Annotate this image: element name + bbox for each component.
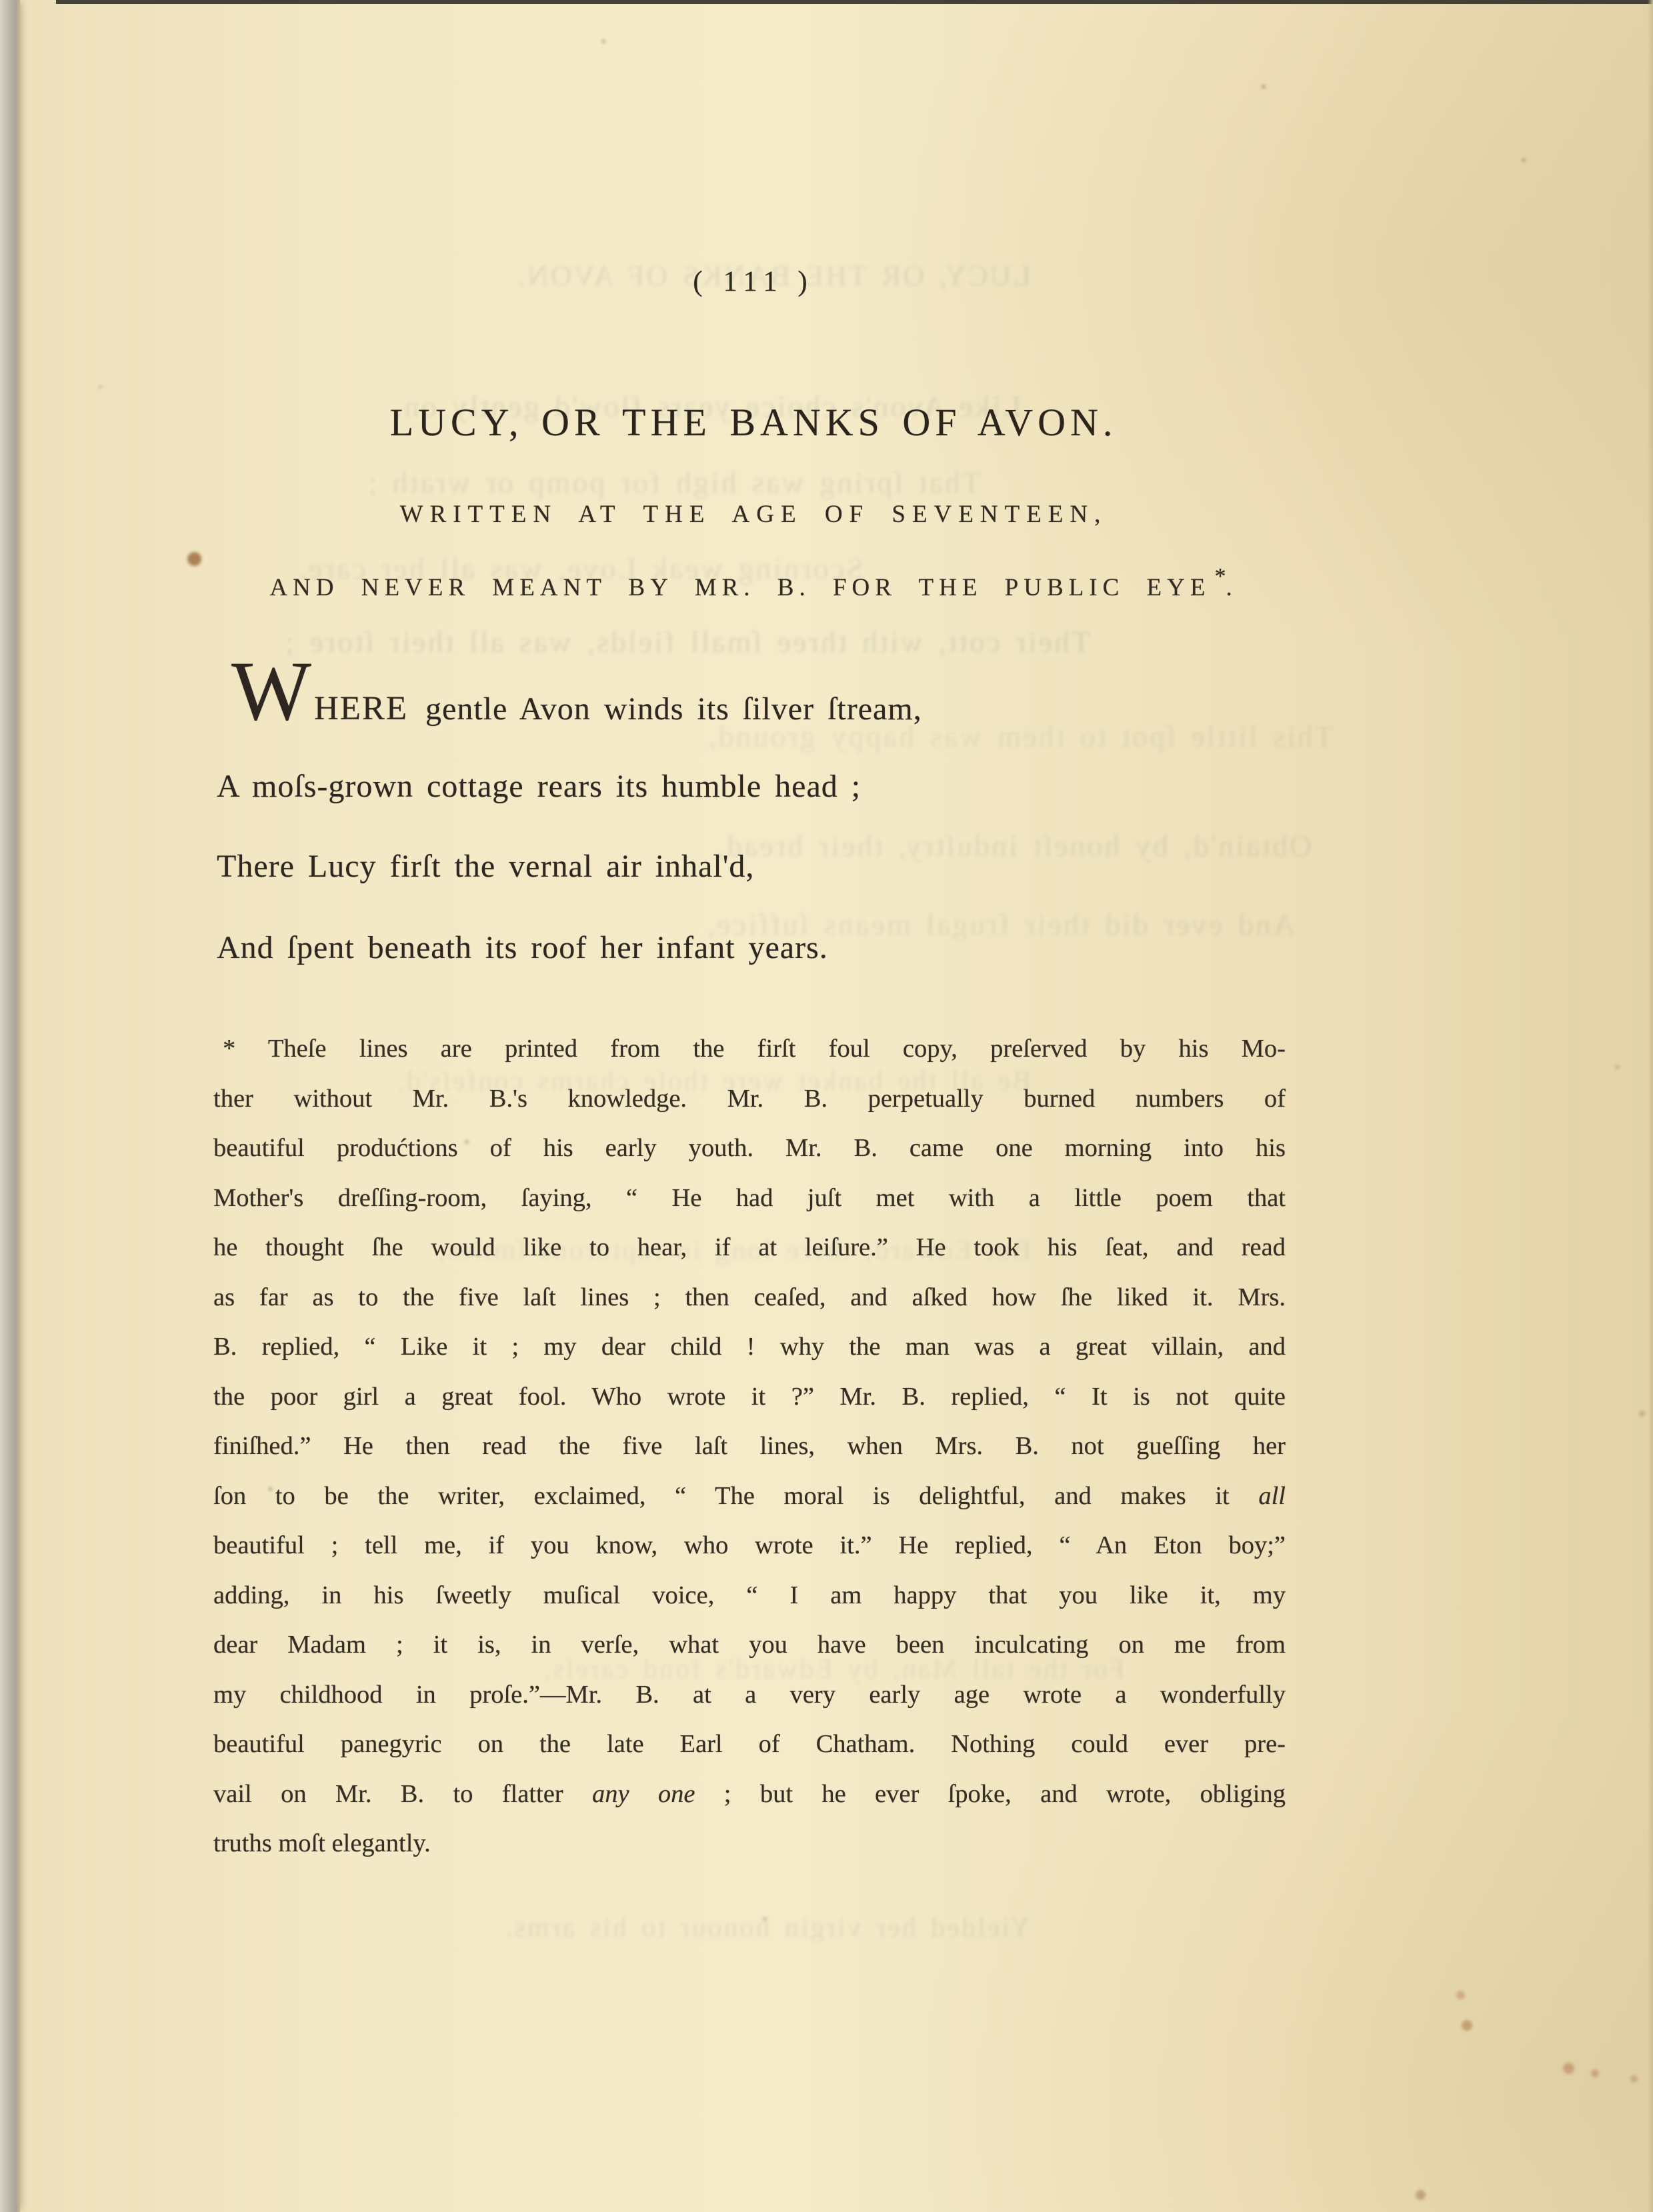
footnote-text: Mother's dreſſing-room, ſaying, “ He had… [213,1184,1286,1212]
footnote-line: * Theſe lines are printed from the firſt… [213,1024,1286,1074]
poem-line-text: gentle Avon winds its ſilver ſtream, [425,691,922,727]
footnote-line: truths moſt elegantly. [213,1819,1286,1869]
foxing-spot [99,385,102,389]
footnote-text: he thought ſhe would like to hear, if at… [213,1233,1286,1261]
footnote-text: ther without Mr. B.'s knowledge. Mr. B. … [213,1085,1286,1113]
footnote-text: my childhood in proſe.”—Mr. B. at a very… [213,1681,1286,1709]
footnote-line: ther without Mr. B.'s knowledge. Mr. B. … [213,1074,1286,1124]
footnote-line: Mother's dreſſing-room, ſaying, “ He had… [213,1173,1286,1223]
subtitle-line-1: WRITTEN AT THE AGE OF SEVENTEEN, [220,500,1287,529]
footnote-text: B. replied, “ Like it ; my dear child ! … [213,1333,1286,1361]
footnote-line: ſon to be the writer, exclaimed, “ The m… [213,1471,1286,1521]
foxing-spot [1591,2069,1599,2077]
poem-line: And ſpent beneath its roof her infant ye… [217,929,828,966]
footnote-text: as far as to the five laſt lines ; then … [213,1283,1286,1311]
footnote-line: B. replied, “ Like it ; my dear child ! … [213,1322,1286,1372]
footnote-line: he thought ſhe would like to hear, if at… [213,1223,1286,1273]
foxing-spot [1615,1065,1620,1069]
footnote-line: beautiful produćtions of his early youth… [213,1123,1286,1173]
foxing-spot [763,1917,766,1921]
footnote-text: the poor girl a great fool. Who wrote it… [213,1383,1286,1411]
footnote-text: finiſhed.” He then read the five laſt li… [213,1432,1286,1460]
footnote-line: beautiful panegyric on the late Earl of … [213,1719,1286,1769]
footnote-italic-text: all [1258,1482,1286,1510]
scan-edge-top [56,0,1653,4]
footnote-line: dear Madam ; it is, in verſe, what you h… [213,1620,1286,1670]
subtitle-period: . [1226,574,1237,601]
bleedthrough-text: Their cott, with three ſmall fields, was… [283,624,1090,659]
foxing-spot [1522,158,1526,162]
footnote-text: ; but he ever ſpoke, and wrote, obliging [695,1780,1286,1808]
footnote-line: adding, in his ſweetly muſical voice, “ … [213,1571,1286,1621]
footnote-text: vail on Mr. B. to flatter [213,1780,592,1808]
footnote-line: as far as to the five laſt lines ; then … [213,1273,1286,1323]
subtitle-line-2: AND NEVER MEANT BY MR. B. FOR THE PUBLIC… [187,564,1320,602]
poem-line: A moſs-grown cottage rears its humble he… [217,768,861,805]
footnote-text: * Theſe lines are printed from the firſt… [223,1035,1286,1063]
footnote-text: beautiful panegyric on the late Earl of … [213,1730,1286,1758]
footnote-italic-text: any one [592,1780,695,1808]
footnote-line: the poor girl a great fool. Who wrote it… [213,1372,1286,1422]
bleedthrough-text: Yielded her virgin honour to his arms. [503,1912,1030,1944]
foxing-spot [1639,1411,1645,1417]
footnote-line: finiſhed.” He then read the five laſt li… [213,1421,1286,1471]
footnote-text: beautiful ; tell me, if you know, who wr… [213,1531,1286,1559]
footnote-text: beautiful produćtions of his early youth… [213,1134,1286,1162]
page-edge-right [1648,0,1653,2212]
foxing-spot [1456,1991,1465,1999]
poem-title: LUCY, OR THE BANKS OF AVON. [220,400,1287,445]
footnote-text: dear Madam ; it is, in verſe, what you h… [213,1631,1286,1659]
bleedthrough-text: That ſpring was high for pomp or wrath ; [366,465,981,500]
foxing-spot [1416,2190,1426,2200]
footnote-asterisk: * [1214,564,1226,589]
poem-line: There Lucy firſt the vernal air inhal'd, [217,848,754,885]
poem-line-first: WHEREgentle Avon winds its ſilver ſtream… [231,659,922,728]
footnote-line: my childhood in proſe.”—Mr. B. at a very… [213,1670,1286,1720]
footnote-text: truths moſt elegantly. [213,1829,431,1857]
book-page-scan: LUCY, OR THE BANKS OF AVON.Like Avon's c… [0,0,1653,2212]
footnote-line: beautiful ; tell me, if you know, who wr… [213,1521,1286,1571]
page-number: ( 111 ) [220,265,1287,298]
dropcap-W: W [231,659,311,725]
foxing-spot [1462,2020,1472,2031]
footnote-text: ſon to be the writer, exclaimed, “ The m… [213,1482,1258,1510]
page-edge-left [0,0,20,2212]
foxing-spot [1262,85,1266,89]
footnote-line: vail on Mr. B. to flatter any one ; but … [213,1769,1286,1819]
bleedthrough-text: Obtain'd, by honeſt induſtry, their brea… [715,828,1312,863]
subtitle-text: AND NEVER MEANT BY MR. B. FOR THE PUBLIC… [269,574,1210,601]
foxing-spot [1563,2063,1574,2074]
foxing-spot [1630,2075,1638,2083]
poem-first-word-caps: HERE [314,689,408,728]
footnote: * Theſe lines are printed from the firſt… [213,1024,1286,1869]
foxing-spot [601,39,605,43]
footnote-text: adding, in his ſweetly muſical voice, “ … [213,1581,1286,1609]
